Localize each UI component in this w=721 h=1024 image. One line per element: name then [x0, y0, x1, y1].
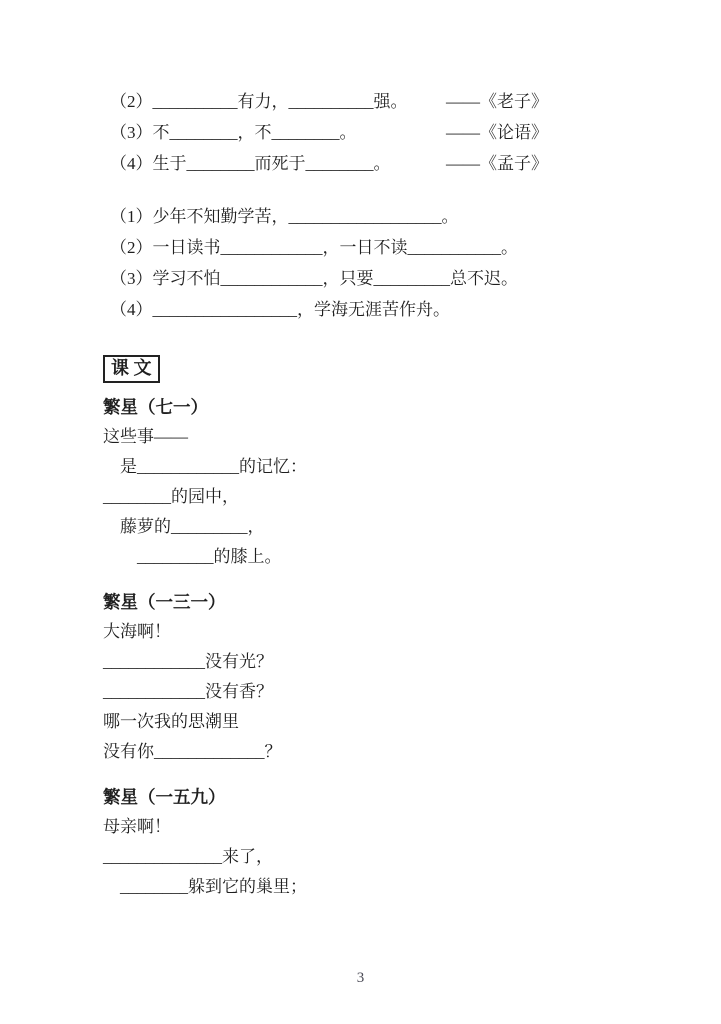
worksheet-page: （2）__________有力，__________强。 ——《老子》 （3）不…	[0, 0, 721, 1024]
proverb-line: （2）一日读书____________，一日不读___________。	[103, 232, 583, 263]
page-number: 3	[0, 970, 721, 987]
poem-line: 没有你_____________？	[103, 737, 583, 767]
quote-text: （3）不________，不________。	[110, 117, 357, 148]
quote-line: （4）生于________而死于________。 ——《孟子》	[103, 148, 548, 179]
poem-line: ____________没有光？	[103, 647, 583, 677]
poem-title: 繁星（七一）	[103, 392, 583, 422]
proverbs-section: （1）少年不知勤学苦，__________________。 （2）一日读书__…	[103, 201, 583, 325]
poem-159: 繁星（一五九） 母亲啊！ ______________来了， ________躲…	[103, 782, 583, 902]
quote-source: ——《论语》	[446, 117, 548, 148]
poem-title: 繁星（一五九）	[103, 782, 583, 812]
proverb-line: （4）_________________，学海无涯苦作舟。	[103, 294, 583, 325]
poem-line: ________的园中，	[103, 482, 583, 512]
quote-line: （2）__________有力，__________强。 ——《老子》	[103, 86, 548, 117]
quotes-section: （2）__________有力，__________强。 ——《老子》 （3）不…	[103, 86, 583, 179]
quote-source: ——《老子》	[446, 86, 548, 117]
poem-line: ____________没有香？	[103, 677, 583, 707]
quote-text: （2）__________有力，__________强。	[110, 86, 408, 117]
section-header-kewen: 课 文	[103, 355, 583, 383]
poem-line: _________的膝上。	[103, 542, 583, 572]
poem-line: 是____________的记忆：	[103, 452, 583, 482]
page-content: （2）__________有力，__________强。 ——《老子》 （3）不…	[103, 86, 583, 902]
poem-71: 繁星（七一） 这些事—— 是____________的记忆： ________的…	[103, 392, 583, 572]
proverb-line: （1）少年不知勤学苦，__________________。	[103, 201, 583, 232]
poem-line: 大海啊！	[103, 617, 583, 647]
kewen-label: 课 文	[103, 355, 160, 383]
poem-line: 这些事——	[103, 422, 583, 452]
quote-text: （4）生于________而死于________。	[110, 148, 391, 179]
poem-131: 繁星（一三一） 大海啊！ ____________没有光？ __________…	[103, 587, 583, 767]
poem-title: 繁星（一三一）	[103, 587, 583, 617]
poem-line: 哪一次我的思潮里	[103, 707, 583, 737]
poem-line: ________躲到它的巢里；	[103, 872, 583, 902]
quote-source: ——《孟子》	[446, 148, 548, 179]
quote-line: （3）不________，不________。 ——《论语》	[103, 117, 548, 148]
proverb-line: （3）学习不怕____________，只要_________总不迟。	[103, 263, 583, 294]
poem-line: ______________来了，	[103, 842, 583, 872]
poem-line: 母亲啊！	[103, 812, 583, 842]
poem-line: 藤萝的_________，	[103, 512, 583, 542]
